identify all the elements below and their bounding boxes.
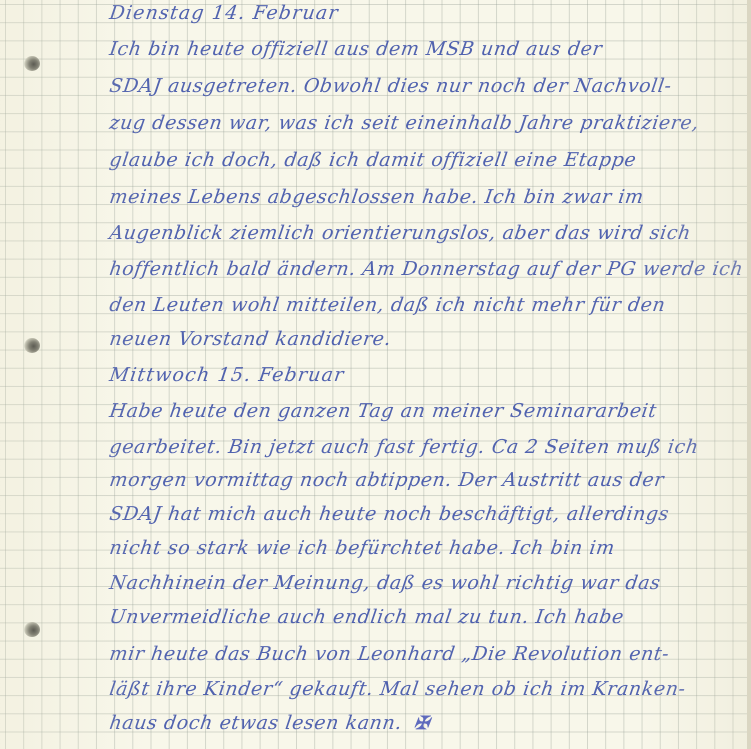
text-line: Ich bin heute offiziell aus dem MSB und …	[108, 38, 604, 60]
entry-date-heading: Dienstag 14. Februar	[108, 2, 340, 24]
text-line: glaube ich doch, daß ich damit offiziell…	[108, 149, 638, 171]
text-line-content: haus doch etwas lesen kann.	[108, 712, 404, 734]
diary-page: Dienstag 14. Februar Ich bin heute offiz…	[0, 0, 751, 749]
punch-hole-middle	[24, 338, 40, 353]
text-line: gearbeitet. Bin jetzt auch fast fertig. …	[108, 436, 700, 458]
text-line: Habe heute den ganzen Tag an meiner Semi…	[108, 400, 658, 422]
text-line: Augenblick ziemlich orientierungslos, ab…	[108, 222, 693, 244]
text-line: morgen vormittag noch abtippen. Der Aust…	[108, 469, 666, 491]
text-line: mir heute das Buch von Leonhard „Die Rev…	[108, 643, 671, 665]
text-line: hoffentlich bald ändern. Am Donnerstag a…	[108, 258, 745, 280]
text-line: meines Lebens abgeschlossen habe. Ich bi…	[108, 186, 645, 208]
text-line: nicht so stark wie ich befürchtet habe. …	[108, 537, 616, 559]
punch-hole-top	[24, 56, 40, 71]
text-line: SDAJ ausgetreten. Obwohl dies nur noch d…	[108, 75, 673, 97]
page-edge	[747, 0, 751, 749]
text-line: SDAJ hat mich auch heute noch beschäftig…	[108, 503, 671, 525]
end-mark-icon: ✠	[413, 713, 432, 734]
text-line: zug dessen war, was ich seit eineinhalb …	[108, 112, 701, 134]
text-line: Unvermeidliche auch endlich mal zu tun. …	[108, 606, 626, 628]
entry-date-heading: Mittwoch 15. Februar	[108, 364, 346, 386]
punch-hole-bottom	[24, 622, 40, 637]
text-line: den Leuten wohl mitteilen, daß ich nicht…	[108, 294, 667, 316]
text-line: Nachhinein der Meinung, daß es wohl rich…	[108, 572, 662, 594]
text-line: neuen Vorstand kandidiere.	[108, 328, 393, 350]
text-line: läßt ihre Kinder“ gekauft. Mal sehen ob …	[108, 678, 687, 700]
text-line-last: haus doch etwas lesen kann.✠	[108, 712, 431, 734]
